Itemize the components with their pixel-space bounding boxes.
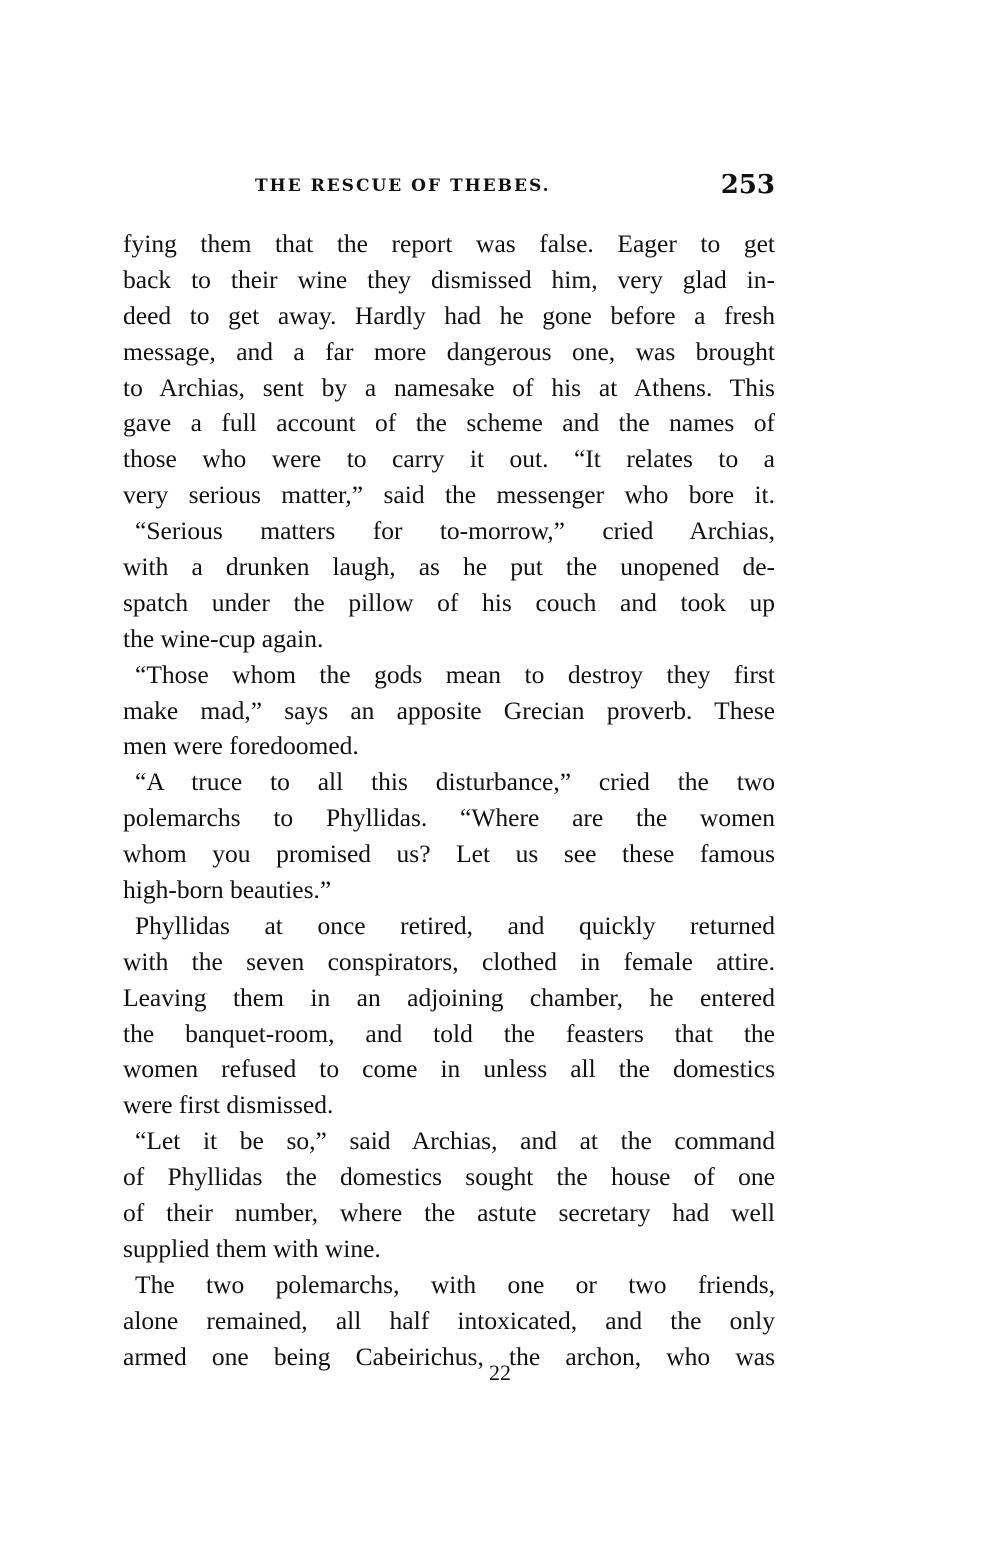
page-header: THE RESCUE OF THEBES. 253 (123, 170, 775, 210)
text-line: The two polemarchs, with one or two frie… (123, 1267, 775, 1303)
text-line: message, and a far more dangerous one, w… (123, 334, 775, 370)
text-line: supplied them with wine. (123, 1231, 775, 1267)
text-line: to Archias, sent by a namesake of his at… (123, 370, 775, 406)
text-line: deed to get away. Hardly had he gone bef… (123, 298, 775, 334)
text-line: fying them that the report was false. Ea… (123, 226, 775, 262)
text-line: spatch under the pillow of his couch and… (123, 585, 775, 621)
text-line: women refused to come in unless all the … (123, 1051, 775, 1087)
text-line: high-born beauties.” (123, 872, 775, 908)
text-line: alone remained, all half intoxicated, an… (123, 1303, 775, 1339)
text-line: “A truce to all this disturbance,” cried… (123, 764, 775, 800)
signature-mark: 22 (0, 1360, 1000, 1386)
text-line: with the seven conspirators, clothed in … (123, 944, 775, 980)
text-line: back to their wine they dismissed him, v… (123, 262, 775, 298)
text-line: gave a full account of the scheme and th… (123, 405, 775, 441)
text-line: the banquet-room, and told the feasters … (123, 1016, 775, 1052)
text-line: of their number, where the astute secret… (123, 1195, 775, 1231)
page-number: 253 (721, 170, 775, 200)
text-line: were first dismissed. (123, 1087, 775, 1123)
text-line: those who were to carry it out. “It rela… (123, 441, 775, 477)
text-line: Phyllidas at once retired, and quickly r… (123, 908, 775, 944)
text-line: “Those whom the gods mean to destroy the… (123, 657, 775, 693)
text-line: polemarchs to Phyllidas. “Where are the … (123, 800, 775, 836)
book-page: THE RESCUE OF THEBES. 253 fying them tha… (0, 0, 1000, 1548)
running-head: THE RESCUE OF THEBES. (255, 176, 551, 196)
body-text: fying them that the report was false. Ea… (123, 226, 775, 1375)
text-line: make mad,” says an apposite Grecian prov… (123, 693, 775, 729)
text-line: the wine-cup again. (123, 621, 775, 657)
text-line: men were foredoomed. (123, 728, 775, 764)
text-line: “Serious matters for to-morrow,” cried A… (123, 513, 775, 549)
text-line: very serious matter,” said the messenger… (123, 477, 775, 513)
text-line: “Let it be so,” said Archias, and at the… (123, 1123, 775, 1159)
text-line: of Phyllidas the domestics sought the ho… (123, 1159, 775, 1195)
text-line: with a drunken laugh, as he put the unop… (123, 549, 775, 585)
text-line: Leaving them in an adjoining chamber, he… (123, 980, 775, 1016)
text-line: whom you promised us? Let us see these f… (123, 836, 775, 872)
